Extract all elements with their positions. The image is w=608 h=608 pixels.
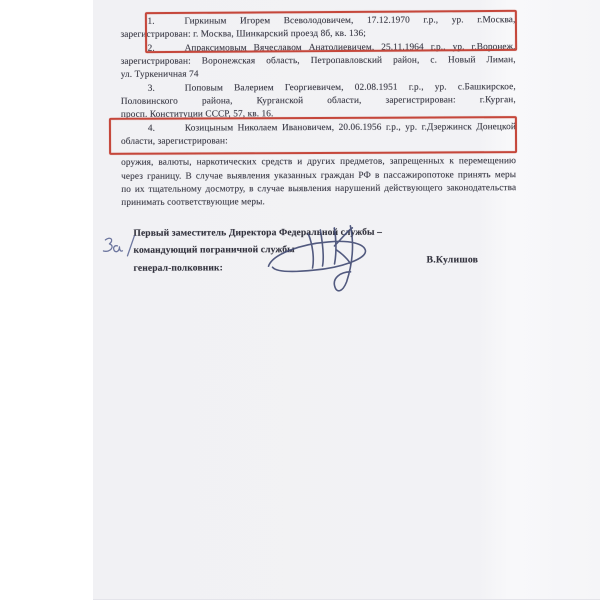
body-paragraph: оружия, валюты, наркотических средств и … [121, 156, 516, 211]
list-item-line: зарегистрирован: Воронежская область, Пе… [121, 54, 516, 69]
list-item-4: 4.Козицыным Николаем Ивановичем, 20.06.1… [121, 121, 516, 149]
scanned-document-page: 1.Гиркиным Игорем Всеволодовичем, 17.12.… [0, 0, 608, 608]
list-item-2: 2.Апраксимовым Вячеславом Анатолиевичем,… [121, 41, 516, 83]
list-item-line: области, зарегистрирован: [121, 134, 516, 149]
signer-name: В.Кулишов [426, 254, 478, 265]
handwritten-note-icon [95, 232, 135, 260]
paragraph-line: по их тщательному досмотру, в случае выя… [121, 182, 516, 197]
list-item-line: 1.Гиркиным Игорем Всеволодовичем, 17.12.… [120, 14, 515, 29]
document-body: 1.Гиркиным Игорем Всеволодовичем, 17.12.… [120, 14, 516, 277]
list-item-1: 1.Гиркиным Игорем Всеволодовичем, 17.12.… [120, 14, 515, 42]
list-item-line: Половинского района, Курганской области,… [121, 94, 516, 109]
item-number: 2. [121, 42, 185, 56]
item-number: 1. [120, 16, 184, 30]
paragraph-line: оружия, валюты, наркотических средств и … [121, 156, 516, 171]
signature-scribble-icon [262, 220, 377, 299]
item-number: 3. [121, 82, 185, 96]
list-item-line: 4.Козицыным Николаем Ивановичем, 20.06.1… [121, 121, 516, 136]
list-item-3: 3.Поповым Валерием Георгиевичем, 02.08.1… [121, 81, 516, 123]
item-number: 4. [121, 122, 185, 136]
paragraph-line: принимать соответствующие меры. [121, 196, 516, 211]
